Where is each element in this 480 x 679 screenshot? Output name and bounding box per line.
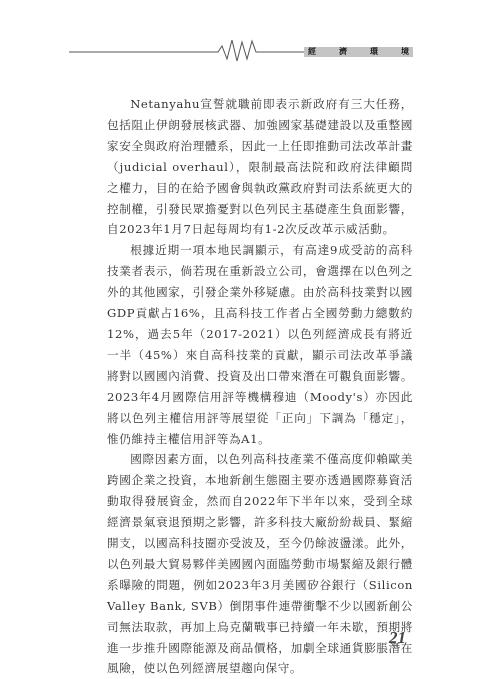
paragraph-international-factors: 國際因素方面，以色列高科技產業不僅高度仰賴歐美跨國企業之投資，本地新創生態圈主要…	[107, 449, 413, 679]
page-number: 21	[389, 628, 406, 648]
section-title-char: 經	[308, 47, 316, 57]
page-header: 經 濟 環 境	[0, 0, 480, 70]
section-title-char: 環	[370, 47, 378, 57]
section-title-char: 境	[401, 47, 409, 57]
body-text: Netanyahu宣誓就職前即表示新政府有三大任務，包括阻止伊朗發展核武器、加強…	[107, 94, 413, 679]
paragraph-tech-industry: 根據近期一項本地民調顯示，有高達9成受訪的高科技業者表示，倘若現在重新設立公司，…	[107, 240, 413, 449]
section-title-band: 經 濟 環 境	[304, 47, 413, 57]
header-zigzag-rule-icon	[0, 0, 480, 70]
paragraph-government-reform: Netanyahu宣誓就職前即表示新政府有三大任務，包括阻止伊朗發展核武器、加強…	[107, 94, 413, 240]
section-title-char: 濟	[339, 47, 347, 57]
